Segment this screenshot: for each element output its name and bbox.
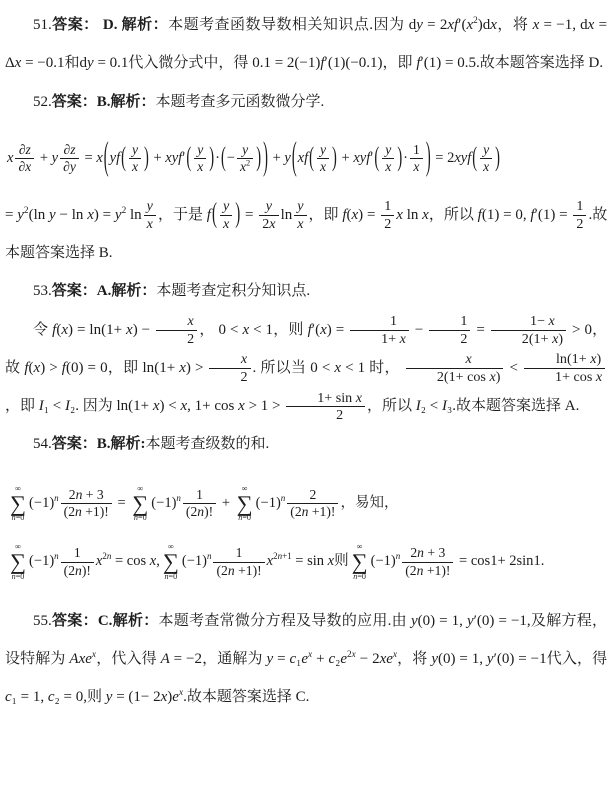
math-fraction: yx: [144, 198, 156, 232]
math-inline: = 2xyf: [432, 150, 472, 166]
doc-text: ，所以: [367, 398, 416, 414]
math-inline: y(0) = 1, y′(0) = −1,: [411, 613, 531, 629]
math-inline: −: [227, 150, 235, 166]
paren: ): [332, 145, 337, 173]
math-fraction: 2(2n +1)!: [287, 487, 338, 520]
math-inline: I₂ < I₃: [416, 398, 452, 414]
answer-52-continuation: = y2(ln y − ln x) = y2 lnyx，于是 f(yx) = y…: [5, 196, 607, 273]
math-fraction: 1x: [410, 142, 423, 175]
math-inline: ·: [215, 150, 220, 166]
doc-text: 52.: [33, 94, 52, 110]
doc-text: .故本题答案选择 A.: [452, 398, 579, 414]
math-inline: A = −2: [161, 651, 202, 667]
math-fraction: yx: [194, 142, 206, 175]
doc-text: 本题考查级数的和.: [146, 436, 270, 452]
doc-text: ，则: [273, 322, 308, 338]
math-inline: x ln x: [396, 207, 429, 223]
math-inline: = x: [81, 150, 103, 166]
doc-text: ，即: [383, 55, 417, 71]
paren: (: [309, 145, 314, 173]
doc-text: 代入微分式中，得: [128, 55, 252, 71]
math-inline: = y2(ln y − ln x) = y2 ln: [5, 207, 142, 223]
answer-label: 答案：A.解析：: [52, 283, 157, 299]
math-fraction: 1(2n +1)!: [213, 545, 264, 578]
doc-text: ，代入得: [96, 651, 161, 667]
paren: (: [472, 145, 477, 173]
doc-text: . 所以当: [253, 360, 311, 376]
paren: (: [221, 145, 226, 173]
math-fraction: yx: [220, 198, 232, 232]
math-inline: ·: [403, 150, 408, 166]
answer-52-formula: x∂z∂x + y∂z∂y = x(yf(yx) + xyf′(yx)·(−yx…: [7, 142, 607, 175]
doc-text: 本题考查函数导数相关知识点.因为: [168, 17, 409, 33]
answer-label: 答案： D. 解析：: [52, 17, 168, 33]
math-inline: y = c₁ex + c₂e2x − 2xex: [267, 651, 398, 667]
doc-text: 53.: [33, 283, 52, 299]
math-inline: f: [207, 207, 211, 223]
math-fraction: 2n + 3(2n +1)!: [61, 487, 112, 520]
math-inline: +: [218, 495, 233, 511]
doc-text: ，于是: [158, 207, 207, 223]
doc-text: 则: [87, 689, 106, 705]
document-body: 51.答案： D. 解析：本题考查函数导数相关知识点.因为 dy = 2xf′(…: [0, 0, 615, 717]
paren: ): [144, 145, 149, 173]
math-fraction: 12: [381, 198, 394, 232]
math-inline: xf: [298, 150, 308, 166]
math-inline: f′(1) = 0.5: [416, 55, 476, 71]
doc-text: 时，: [365, 360, 404, 376]
doc-text: 54.: [33, 436, 52, 452]
math-inline: Axex: [69, 651, 96, 667]
doc-text: .故本题答案选择 D.: [476, 55, 603, 71]
answer-52-heading: 52.答案：B.解析：本题考查多元函数微分学.: [5, 83, 607, 121]
paren: ): [426, 139, 431, 178]
doc-text: ，: [199, 322, 218, 338]
math-fraction: 12: [429, 313, 470, 347]
math-inline: + y: [269, 150, 291, 166]
math-fraction: 1− x2(1+ x): [491, 313, 566, 347]
math-inline: (−1)n: [29, 495, 59, 511]
math-inline: −: [411, 322, 427, 338]
answer-53-heading: 53.答案：A.解析：本题考查定积分知识点.: [5, 272, 607, 310]
doc-text: ，易知，: [340, 495, 398, 511]
math-fraction: ∂z∂x: [15, 142, 34, 175]
math-inline: (−1)n: [182, 553, 212, 569]
math-fraction: x2(1+ cos x): [406, 351, 504, 385]
math-inline: y(0) = 1, y′(0) = −1: [431, 651, 546, 667]
math-fraction: yx: [317, 142, 329, 175]
paren: (: [374, 145, 379, 173]
math-inline: f′(x) =: [308, 322, 349, 338]
math-inline: dy = 2xf′(x2)dx: [409, 17, 497, 33]
doc-text: ，即: [5, 398, 39, 414]
summation-symbol: ∞∑n=0: [237, 485, 253, 523]
math-fraction: 1(2n)!: [61, 545, 94, 578]
doc-text: .故本题答案选择 C.: [183, 689, 309, 705]
answer-label: 答案：C.解析：: [52, 613, 159, 629]
math-inline: f(x) = ln(1+ x) −: [52, 322, 154, 338]
math-inline: x2n = cos x,: [96, 553, 160, 569]
math-fraction: yx: [294, 198, 306, 232]
math-inline: dy = 0.1: [80, 55, 129, 71]
summation-symbol: ∞∑n=0: [10, 485, 26, 523]
summation-symbol: ∞∑n=0: [163, 543, 179, 581]
answer-label: 答案：B.解析:: [52, 436, 146, 452]
math-inline: f(x) =: [342, 207, 379, 223]
answer-51: 51.答案： D. 解析：本题考查函数导数相关知识点.因为 dy = 2xf′(…: [5, 6, 607, 83]
doc-text: 51.: [33, 17, 52, 33]
paren: (: [121, 145, 126, 173]
answer-55: 55.答案：C.解析：本题考查常微分方程及导数的应用.由 y(0) = 1, y…: [5, 602, 607, 717]
math-inline: + y: [36, 150, 58, 166]
math-inline: (−1)n: [256, 495, 286, 511]
math-fraction: yx: [129, 142, 141, 175]
math-fraction: yx2: [237, 142, 253, 175]
math-fraction: yx: [480, 142, 492, 175]
math-inline: = cos1+ 2sin1: [455, 553, 540, 569]
math-inline: I₁ < I₂: [39, 398, 75, 414]
doc-text: ，所以: [429, 207, 478, 223]
answer-label: 答案：B.解析：: [52, 94, 156, 110]
math-inline: + xyf′: [150, 150, 186, 166]
doc-text: 55.: [33, 613, 52, 629]
doc-text: 本题考查常微分方程及导数的应用.由: [159, 613, 411, 629]
math-inline: c₁ = 1, c₂ = 0,: [5, 689, 87, 705]
doc-text: ，即: [108, 360, 143, 376]
doc-text: 则: [334, 553, 349, 569]
summation-symbol: ∞∑n=0: [132, 485, 148, 523]
math-fraction: x2: [156, 313, 197, 347]
math-fraction: ∂z∂y: [60, 142, 79, 175]
paren: (: [292, 139, 297, 178]
math-fraction: 11+ x: [350, 313, 409, 347]
paren: ): [495, 145, 500, 173]
answer-53-body: 令 f(x) = ln(1+ x) − x2， 0 < x < 1，则 f′(x…: [5, 311, 607, 426]
answer-54-formula-2: ∞∑n=0(−1)n1(2n)!x2n = cos x,∞∑n=0(−1)n1(…: [7, 543, 607, 581]
math-inline: =: [114, 495, 129, 511]
math-inline: 0.1 = 2(−1)f′(1)(−0.1): [252, 55, 382, 71]
paren: ): [256, 145, 261, 173]
paren: (: [212, 201, 217, 230]
paren: ): [397, 145, 402, 173]
summation-symbol: ∞∑n=0: [352, 543, 368, 581]
math-fraction: 2n + 3(2n +1)!: [402, 545, 453, 578]
math-inline: (−1)n: [151, 495, 181, 511]
math-inline: ln(1+ x) >: [143, 360, 208, 376]
answer-54-heading: 54.答案：B.解析:本题考查级数的和.: [5, 425, 607, 463]
math-fraction: 12: [573, 198, 586, 232]
math-inline: x: [7, 150, 13, 166]
math-inline: =: [472, 322, 488, 338]
math-inline: > 0: [568, 322, 592, 338]
summation-symbol: ∞∑n=0: [10, 543, 26, 581]
math-inline: <: [505, 360, 522, 376]
math-fraction: y2x: [259, 198, 278, 232]
math-inline: ln: [281, 207, 293, 223]
doc-text: . 因为: [75, 398, 116, 414]
paren: ): [209, 145, 214, 173]
math-fraction: x2: [209, 351, 250, 385]
paren: ): [235, 201, 240, 230]
paren: (: [104, 139, 109, 178]
math-inline: 0 < x < 1: [310, 360, 365, 376]
doc-text: 本题考查定积分知识点.: [156, 283, 310, 299]
math-inline: yf: [110, 150, 120, 166]
doc-text: ，将: [397, 651, 431, 667]
doc-text: 代入，得: [547, 651, 608, 667]
math-fraction: 1(2n)!: [183, 487, 216, 520]
math-inline: f(1) = 0, f′(1) =: [478, 207, 572, 223]
math-inline: x2n+1 = sin x: [267, 553, 334, 569]
doc-text: 本题考查多元函数微分学.: [156, 94, 325, 110]
math-inline: f(x) > f(0) = 0: [24, 360, 107, 376]
math-fraction: 1+ sin x2: [286, 390, 365, 424]
math-inline: (−1)n: [371, 553, 401, 569]
math-inline: ln(1+ x) < x, 1+ cos x > 1 >: [116, 398, 284, 414]
math-inline: 0 < x < 1: [219, 322, 273, 338]
math-inline: + xyf′: [338, 150, 374, 166]
answer-54-formula-1: ∞∑n=0(−1)n2n + 3(2n +1)! = ∞∑n=0(−1)n1(2…: [7, 485, 607, 523]
doc-text: 令: [33, 322, 52, 338]
math-fraction: ln(1+ x)1+ cos x: [524, 351, 605, 385]
doc-text: ，通解为: [202, 651, 267, 667]
math-inline: (−1)n: [29, 553, 59, 569]
doc-text: 和: [65, 55, 80, 71]
math-inline: y = (1− 2x)ex: [106, 689, 183, 705]
doc-text: ，将: [497, 17, 533, 33]
paren: (: [186, 145, 191, 173]
doc-text: .: [541, 553, 545, 569]
math-fraction: yx: [382, 142, 394, 175]
doc-text: ，即: [309, 207, 343, 223]
math-inline: =: [241, 207, 257, 223]
paren: ): [263, 139, 268, 178]
